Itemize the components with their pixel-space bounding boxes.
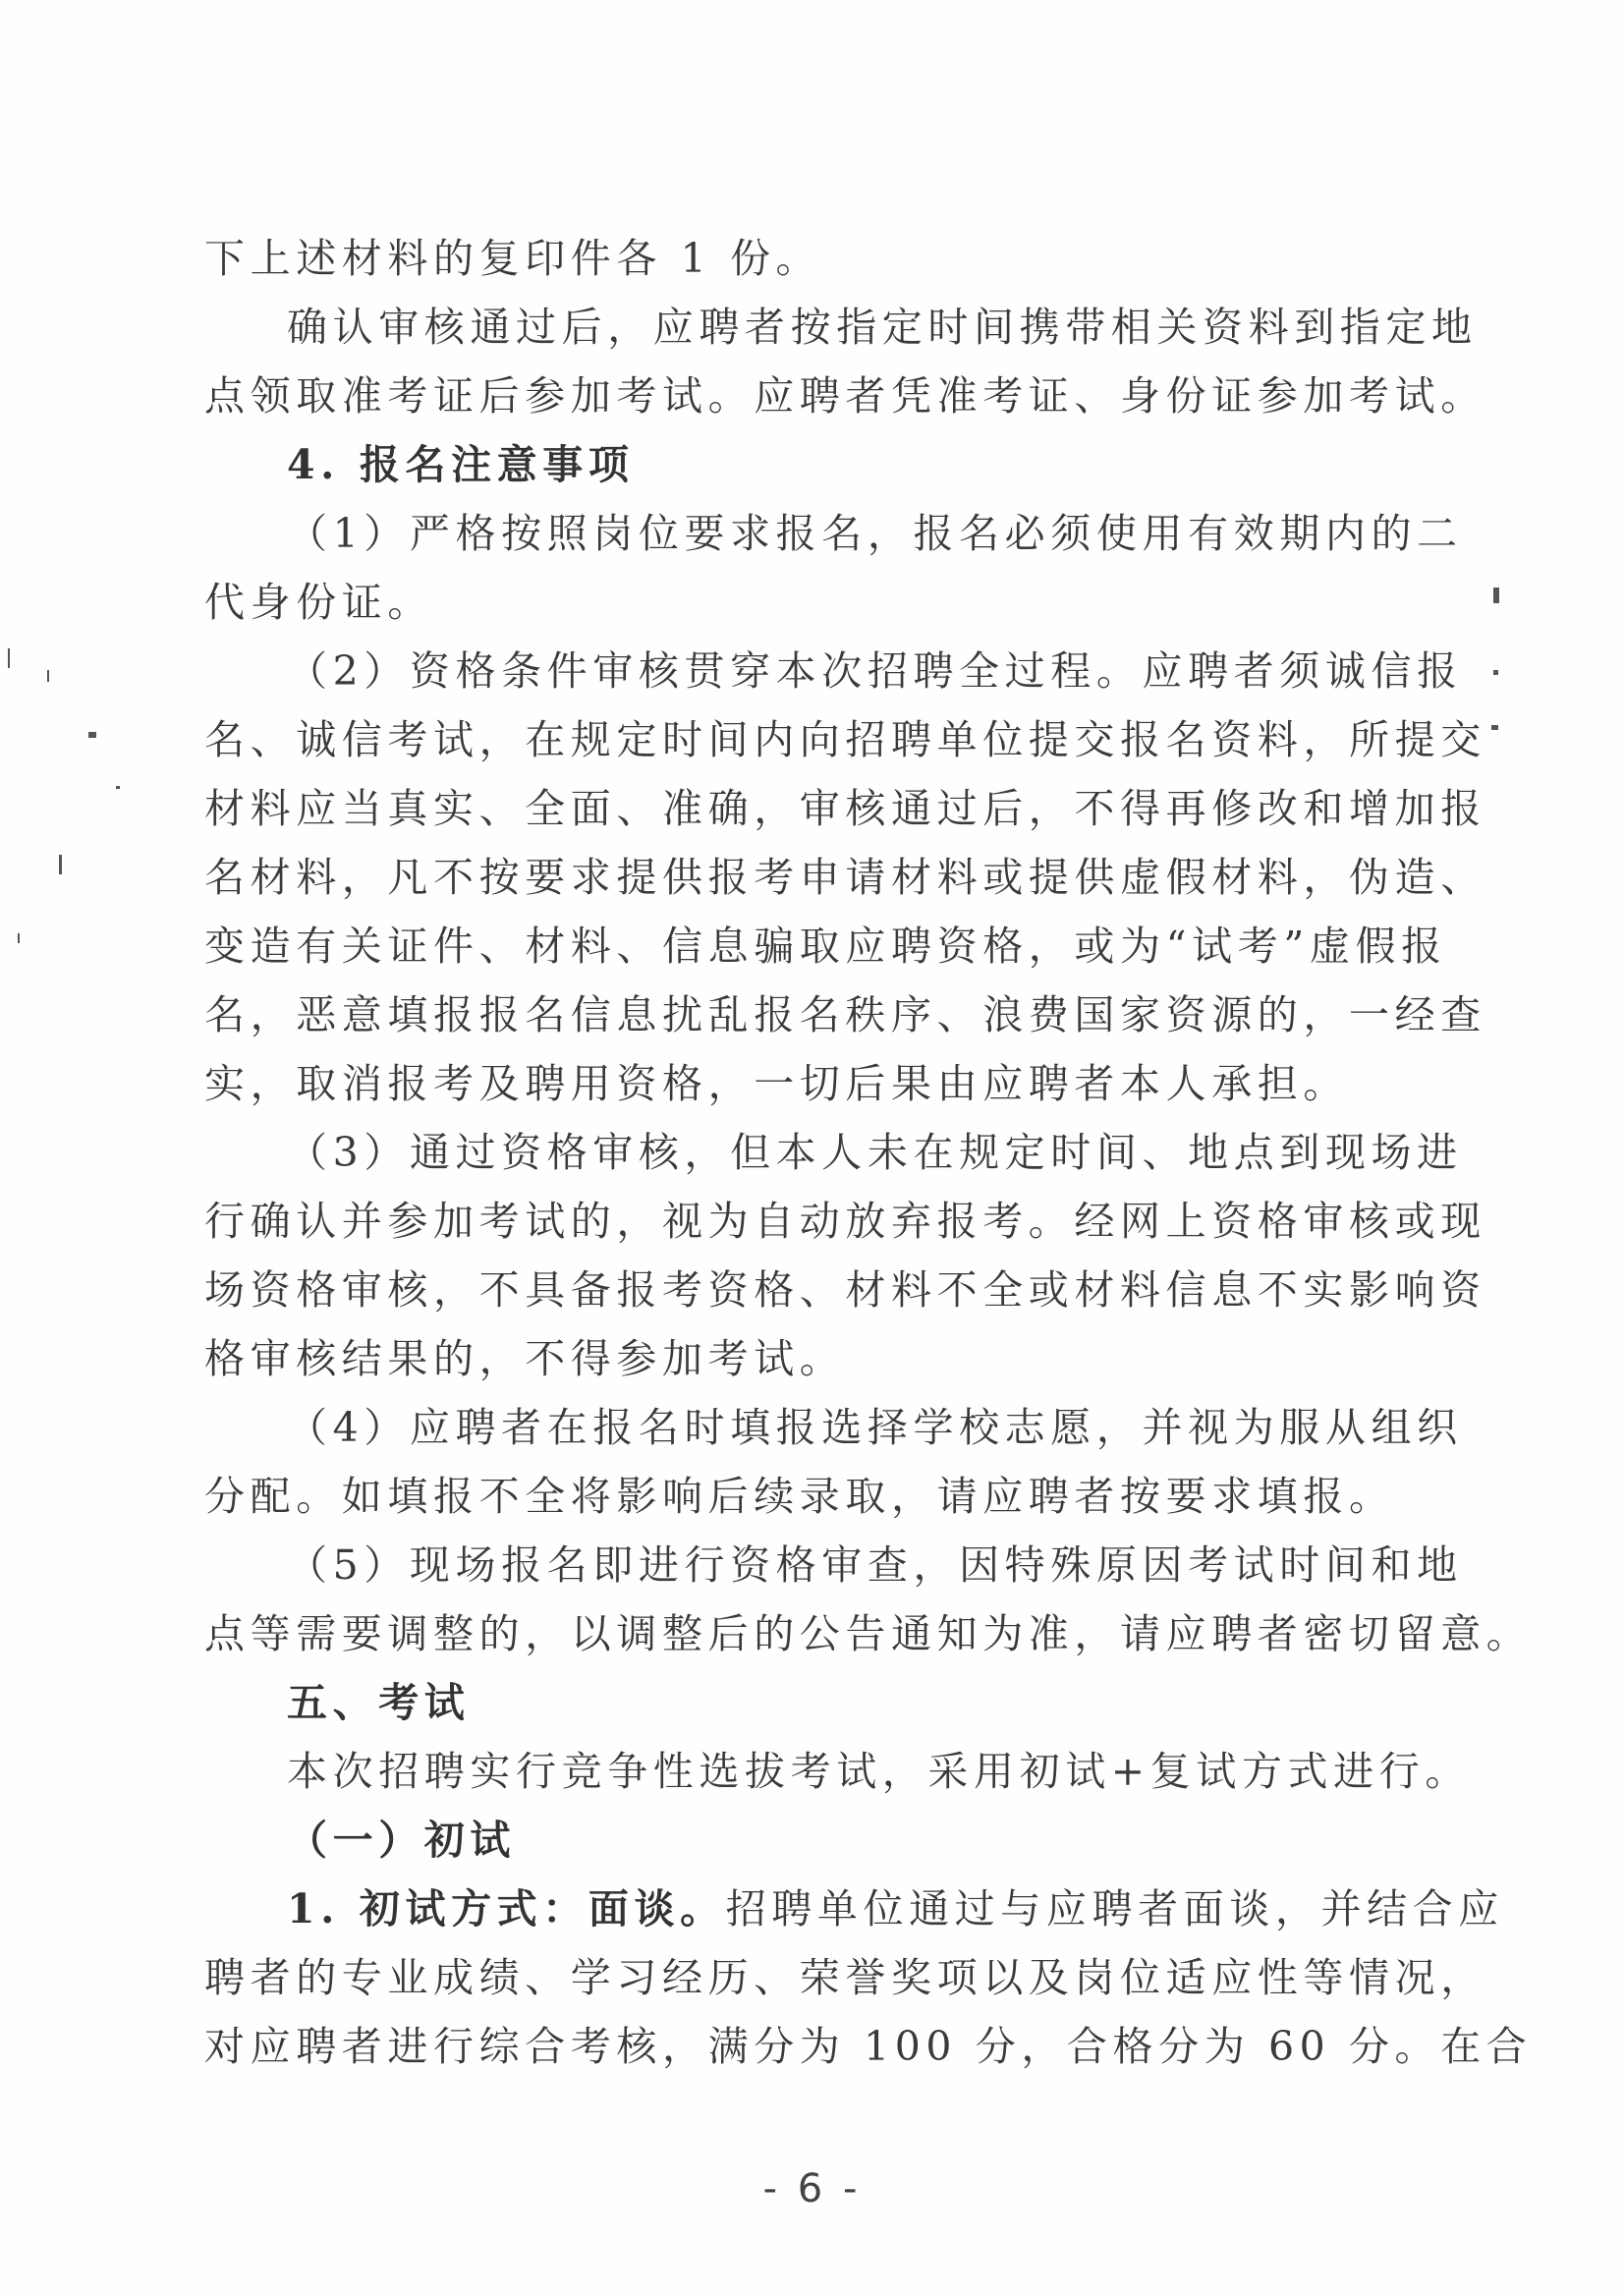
text-line: 行确认并参加考试的，视为自动放弃报考。经网上资格审核或现 bbox=[204, 1197, 1486, 1246]
inline-heading: 1. 初试方式：面谈。 bbox=[287, 1885, 726, 1932]
text-line: （4）应聘者在报名时填报选择学校志愿，并视为服从组织 bbox=[287, 1403, 1463, 1452]
text-line: 1. 初试方式：面谈。招聘单位通过与应聘者面谈，并结合应 bbox=[287, 1884, 1504, 1933]
text-line: （5）现场报名即进行资格审查，因特殊原因考试时间和地 bbox=[287, 1540, 1463, 1590]
text-line: 本次招聘实行竞争性选拔考试，采用初试+复试方式进行。 bbox=[287, 1747, 1471, 1796]
text-line: 场资格审核，不具备报考资格、材料不全或材料信息不实影响资 bbox=[204, 1265, 1486, 1315]
page-number: - 6 - bbox=[0, 2166, 1624, 2211]
text-line: 名，恶意填报报名信息扰乱报名秩序、浪费国家资源的，一经查 bbox=[204, 990, 1486, 1039]
scan-speck bbox=[1447, 794, 1449, 800]
scan-speck bbox=[116, 786, 120, 789]
text-line: 点领取准考证后参加考试。应聘者凭准考证、身份证参加考试。 bbox=[204, 371, 1486, 420]
text-line: 下上述材料的复印件各 1 份。 bbox=[204, 234, 821, 283]
scan-speck bbox=[8, 648, 10, 668]
text-line: 格审核结果的，不得参加考试。 bbox=[204, 1334, 845, 1383]
section-heading: 4. 报名注意事项 bbox=[287, 440, 634, 489]
text-line: 材料应当真实、全面、准确，审核通过后，不得再修改和增加报 bbox=[204, 784, 1486, 833]
scan-speck bbox=[47, 670, 49, 682]
scan-speck bbox=[88, 732, 96, 738]
text-line: 名、诚信考试，在规定时间内向招聘单位提交报名资料，所提交 bbox=[204, 715, 1486, 764]
text-line: 实，取消报考及聘用资格，一切后果由应聘者本人承担。 bbox=[204, 1059, 1349, 1108]
text-line: 名材料，凡不按要求提供报考申请材料或提供虚假材料，伪造、 bbox=[204, 853, 1486, 902]
scan-speck bbox=[1493, 670, 1498, 675]
scan-speck bbox=[1493, 588, 1499, 603]
scan-speck bbox=[18, 933, 20, 943]
text-line: （1）严格按照岗位要求报名，报名必须使用有效期内的二 bbox=[287, 509, 1463, 558]
text-line: 确认审核通过后，应聘者按指定时间携带相关资料到指定地 bbox=[287, 303, 1478, 352]
text-line: 对应聘者进行综合考核，满分为 100 分，合格分为 60 分。在合 bbox=[204, 2022, 1532, 2071]
section-heading: （一）初试 bbox=[287, 1816, 516, 1865]
text-line: 点等需要调整的，以调整后的公告通知为准，请应聘者密切留意。 bbox=[204, 1609, 1532, 1658]
document-page: 下上述材料的复印件各 1 份。确认审核通过后，应聘者按指定时间携带相关资料到指定… bbox=[0, 0, 1624, 2295]
text-line: 分配。如填报不全将影响后续录取，请应聘者按要求填报。 bbox=[204, 1472, 1395, 1521]
section-heading: 五、考试 bbox=[287, 1678, 470, 1727]
inline-text: 招聘单位通过与应聘者面谈，并结合应 bbox=[726, 1885, 1504, 1932]
scan-speck bbox=[59, 855, 62, 874]
text-line: （3）通过资格审核，但本人未在规定时间、地点到现场进 bbox=[287, 1128, 1463, 1177]
text-line: 变造有关证件、材料、信息骗取应聘资格，或为“试考”虚假报 bbox=[204, 922, 1447, 971]
text-line: 代身份证。 bbox=[204, 578, 433, 627]
scan-speck bbox=[1491, 725, 1498, 730]
text-line: 聘者的专业成绩、学习经历、荣誉奖项以及岗位适应性等情况， bbox=[204, 1953, 1486, 2002]
text-line: （2）资格条件审核贯穿本次招聘全过程。应聘者须诚信报 bbox=[287, 646, 1463, 696]
